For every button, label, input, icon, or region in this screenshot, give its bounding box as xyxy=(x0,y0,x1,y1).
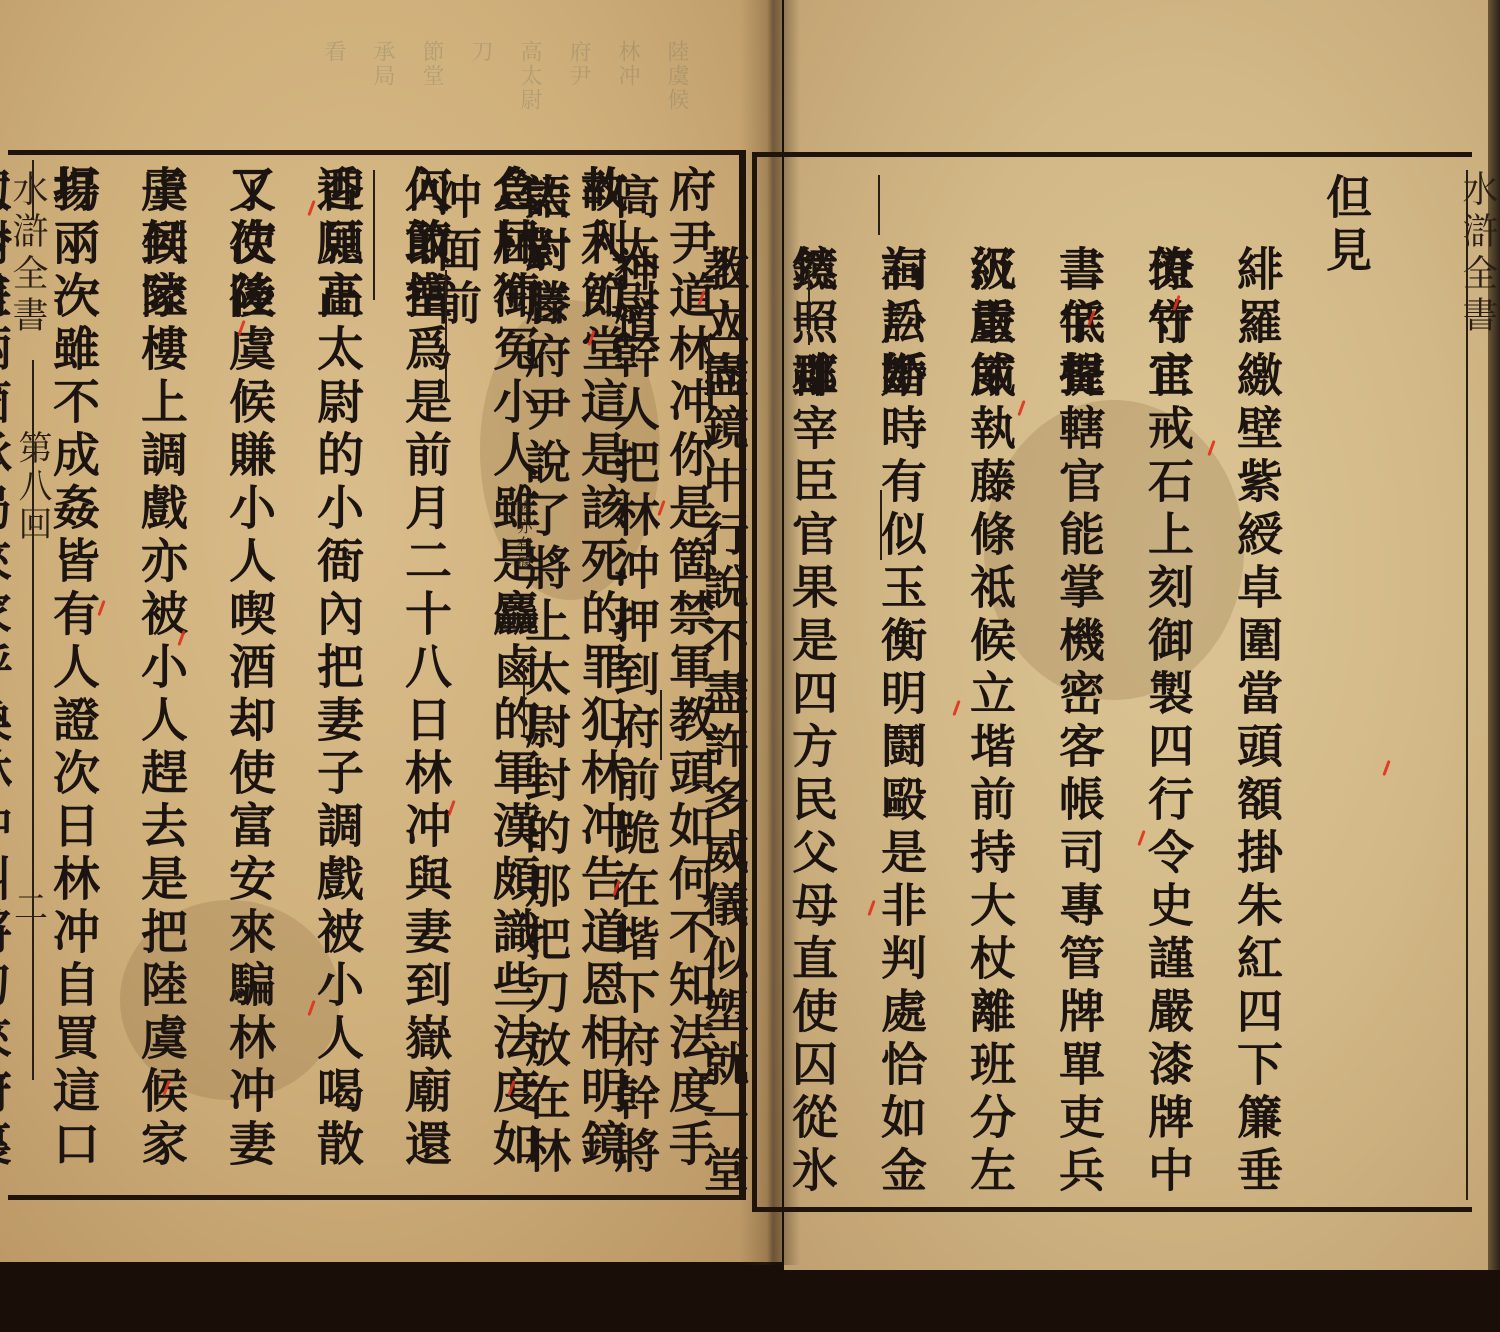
book-spread: 陸虞候林冲府尹高太尉刀節堂承局看 水滸全書 第八回 二 水滸全書 但見 緋羅繳壁… xyxy=(0,0,1500,1332)
name-mark-line xyxy=(445,270,447,400)
name-mark-line xyxy=(660,690,662,760)
name-mark-line xyxy=(373,170,375,300)
text-column: 迎見高太尉的小衙內把妻子調戲被小人喝散了次後 xyxy=(292,165,380,1195)
text-column: 然一郡宰臣官果是四方民父母直使囚從氷上立盡 xyxy=(767,165,856,1205)
text-column: 虞候家樓上調戲亦被小人趕去是把陸虞候家打了一 xyxy=(116,165,204,1195)
right-page-text: 但見 緋羅繳壁紫綬卓圍當頭額掛朱紅四下簾垂斑竹官 僚守正戒石上刻御製四行令史謹嚴… xyxy=(770,165,1390,1205)
name-mark-line xyxy=(523,665,525,735)
text-column: 詞訟斷時有似玉衡明鬪毆是非判處恰如金鏡照雖 xyxy=(856,165,945,1205)
name-mark-line xyxy=(880,490,882,560)
text-column: 級嚴威執藤條祗候立堦前持大杖離班分左右戶婚 xyxy=(945,165,1034,1205)
text-column: 二字提轄官能掌機密客帳司專管牌單吏兵沉重節 xyxy=(1034,165,1123,1205)
name-mark-line xyxy=(808,270,810,345)
text-column: 場兩次雖不成姦皆有人證次日林冲自買這口刀今日 xyxy=(28,165,116,1195)
text-column: 入節堂爲是前月二十八日林冲與妻到嶽廟還香願正 xyxy=(380,165,468,1195)
name-mark-line xyxy=(708,335,710,405)
interlinear-note: 旌亦有據 xyxy=(512,500,535,572)
text-column: 府尹道林冲你是箇禁軍教頭如何不知法度手執利刃 xyxy=(644,165,732,1195)
text-column: 故入節堂這是該死的罪犯林冲告道恩相明鏡念林冲 xyxy=(556,165,644,1195)
text-column: 太尉差兩箇承局來家呼喚林冲叫將刀來府裏比看因 xyxy=(0,165,28,1195)
bleed-through-text: 陸虞候林冲府尹高太尉刀節堂承局看 xyxy=(70,40,692,112)
name-mark-line xyxy=(878,175,880,235)
text-column: 負屈銜冤小人雖是麤鹵的軍漢頗識些法度如何敢擅 xyxy=(468,165,556,1195)
text-column: 僚守正戒石上刻御製四行令史謹嚴漆牌中書低聲 xyxy=(1123,165,1212,1205)
text-column: 又使陸虞候賺小人喫酒却使富安來騙林冲妻子到陸 xyxy=(204,165,292,1195)
left-page-text: 府尹道林冲你是箇禁軍教頭如何不知法度手執利刃 故入節堂這是該死的罪犯林冲告道恩相… xyxy=(32,165,732,1195)
text-column: 緋羅繳壁紫綬卓圍當頭額掛朱紅四下簾垂斑竹官 xyxy=(1212,165,1301,1205)
text-column: 但見 xyxy=(1301,165,1390,1205)
margin-rule-right xyxy=(1466,170,1468,1200)
margin-book-title-right: 水滸全書 xyxy=(1452,170,1500,338)
